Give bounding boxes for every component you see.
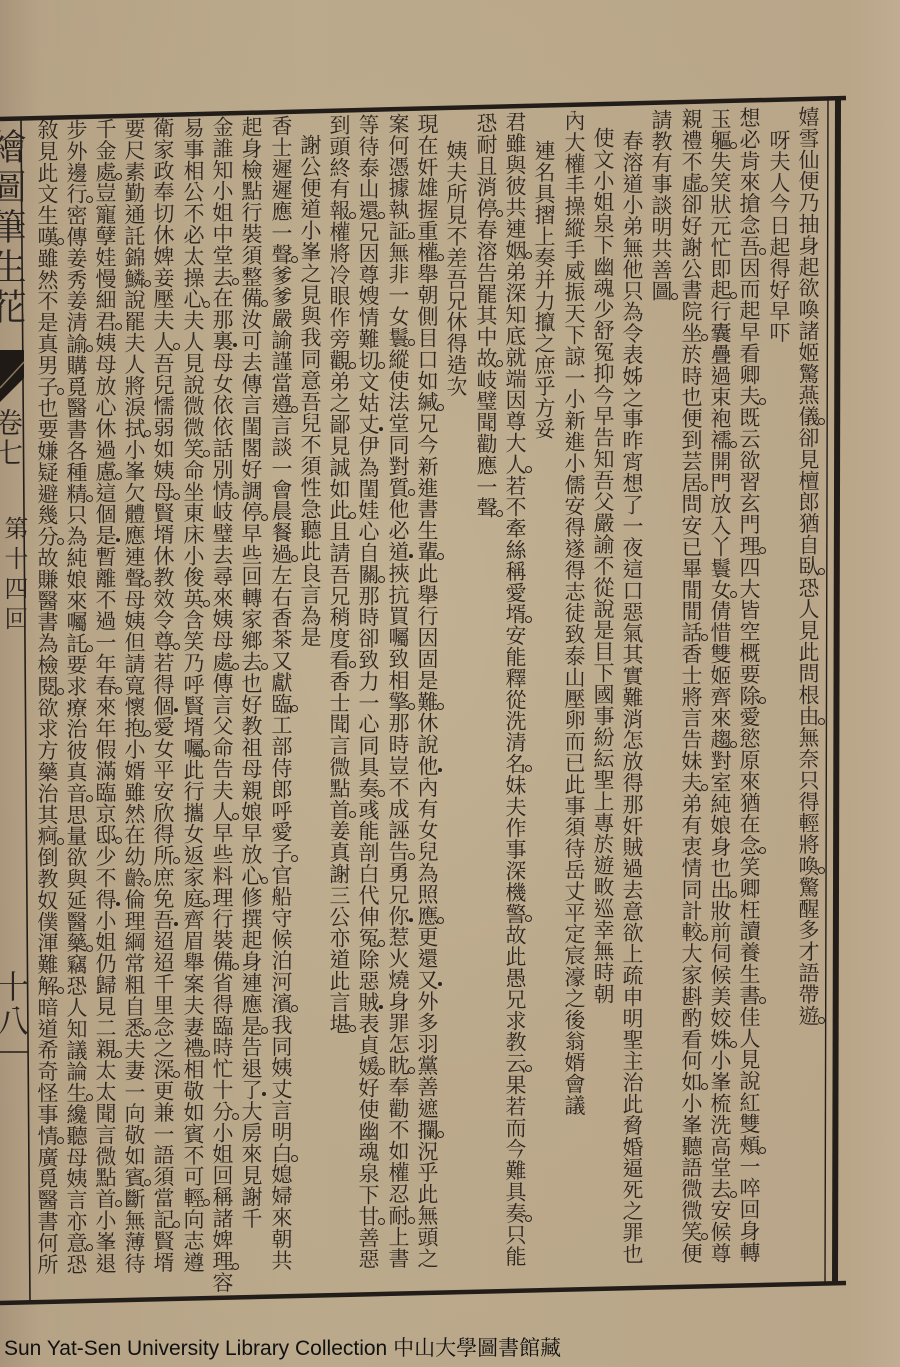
page-number: 十八: [0, 970, 28, 1038]
text-column: 起身檢點行裝須整備汝可去傳言閨閣好調停早些回轉家鄉去也好教祖母親娘早放心修撰起身…: [240, 116, 262, 1229]
text-column: 易事相公不必太操心夫人見說微微笑命坐東床小俊英含笑乃呼賢壻囑此行攜女返家庭齊眉舉…: [182, 117, 204, 1273]
frame-right-thin-border: [825, 99, 828, 1285]
text-column: 想必肯來搶念吾因而起早看卿夫既云欲習玄門理四大皆空概要除愛慾原來猶在念笑卿枉讀養…: [738, 107, 760, 1263]
text-column: 恐耐且消停春溶告罷其中故岐璧聞勸應一聲: [475, 112, 497, 519]
volume-label: 卷七: [0, 408, 22, 468]
text-column: 連名具摺上奏并力攛之庶乎方妥: [533, 140, 555, 440]
text-column: 到頭終有報權將冷眼作旁觀弟之鄙見誠如此且請吾兄稍度看香士聞言微點首姜真謝三公亦道…: [328, 114, 350, 1034]
text-column: 金誰知小姐中堂去在那裏母女依依話別情岐璧去尋來姨母處傳言父命告夫人早些料理行裝備…: [211, 116, 233, 1293]
text-column: 春溶道小弟無他只為令表姊之事昨宵想了一夜這口惡氣其實難消怎放得那奸賊過去意欲上疏…: [621, 130, 643, 1264]
text-column: 香士遲遲應一聲爹爹嚴諭謹當遵言談一會晨餐過左右香茶又獻臨工部侍郎呼愛子官船守候泊…: [270, 115, 292, 1271]
text-column: 千金處豈寵孽娃慢細君姨母放心休過慮這個是暫離不過一年春來年假滿臨京邸少不得小姐仍…: [94, 118, 116, 1274]
frame-bottom-border: [0, 1283, 846, 1303]
text-column: 玉軀失笑狀元忙即起行囊疊過束袍襦開門放入丫鬟女倩惜雙姬齊來趨對室純娘身也出妝前伺…: [709, 108, 731, 1264]
library-caption: Sun Yat-Sen University Library Collectio…: [4, 1336, 561, 1362]
text-column: 要尺素勤通託錦鱗說罷夫人將淚拭小峯欠體應連聲母姨但請寬懷抱小婿雖然在幼齡倫理綱常…: [123, 118, 145, 1274]
text-column: 請教有事談明共善圖: [650, 109, 672, 302]
text-column: 使文小姐泉下幽魂少舒冤抑今早告知吾父嚴諭不從說是目下國事紛紜聖上專於遊畋巡幸無時…: [592, 127, 614, 1004]
text-column: 案何憑據執証無非一女鬟縱使法堂同對質他必道挾抗買囑致相擎那時豈不成誣告勇兄你惹火…: [387, 113, 409, 1269]
text-column: 衛家政奉切休婢妾壓夫人吾兒懦弱如姨母賢壻休教效令尊若得個愛女平安欣得所庶免吾迢迢…: [152, 117, 174, 1273]
text-column: 現在奸雄握重權舉朝側目口如緘兄今新進書生輩此舉行因固是難休說他內有女兒為照應更還…: [416, 113, 438, 1269]
text-column: 內大權丰操縱手威振天下諒一小新進小儒安得遂得志徒致泰山壓卵而已此事須待岳丈平定宸…: [563, 110, 585, 1116]
book-title: 繪圖筆生花: [0, 128, 24, 328]
text-column: 親禮不虛卻好謝公書院坐於時也便到芸居問安已畢閒閒話香士將言告妹夫弟有衷情同計較大…: [680, 108, 702, 1264]
text-column: 步外邊行密傳姜秀姜清諭購覓醫書各種精只為純娘來囑託要求療治彼真音思量欲與延醫藥竊…: [65, 119, 87, 1275]
text-column: 姨夫所見不差吾兄休得造次: [445, 140, 467, 397]
text-column: 嬉雪仙便乃抽身起欲喚諸姬驚燕儀卻見檀郎猶自臥恐人見此問根由無奈只得輕將喚驚醒多才…: [797, 106, 819, 1026]
text-column: 君雖與彼共連姻弟深知底就端因尊大人若不牽絲稱愛壻安能釋從洗清名妹夫作事深機警故此…: [504, 111, 526, 1267]
chapter-label: 第十四回: [2, 516, 26, 636]
text-column: 謝公便道小峯之見與我同意吾兒不須性急聽此良言為是: [299, 134, 321, 648]
text-column: 呀夫人今日起得好早吓: [768, 129, 790, 343]
text-column: 等待泰山還兄因尊嫂情難切文姑丈伊為閨娃心自關那時卻致力一心同具奏彧能剖白代伸冤除…: [357, 114, 379, 1270]
text-column: 敘見此文生嘆雖然不是真男子也要嫌疑避幾分故賺醫書為檢閱欲求方藥治其痾倒教奴僕渾難…: [36, 119, 58, 1275]
scanned-book-page: 繪圖筆生花 卷七 第十四回 十八 嬉雪仙便乃抽身起欲喚諸姬驚燕儀卻見檀郎猶自臥恐…: [0, 0, 900, 1367]
frame-right-thick-border: [835, 97, 838, 1285]
